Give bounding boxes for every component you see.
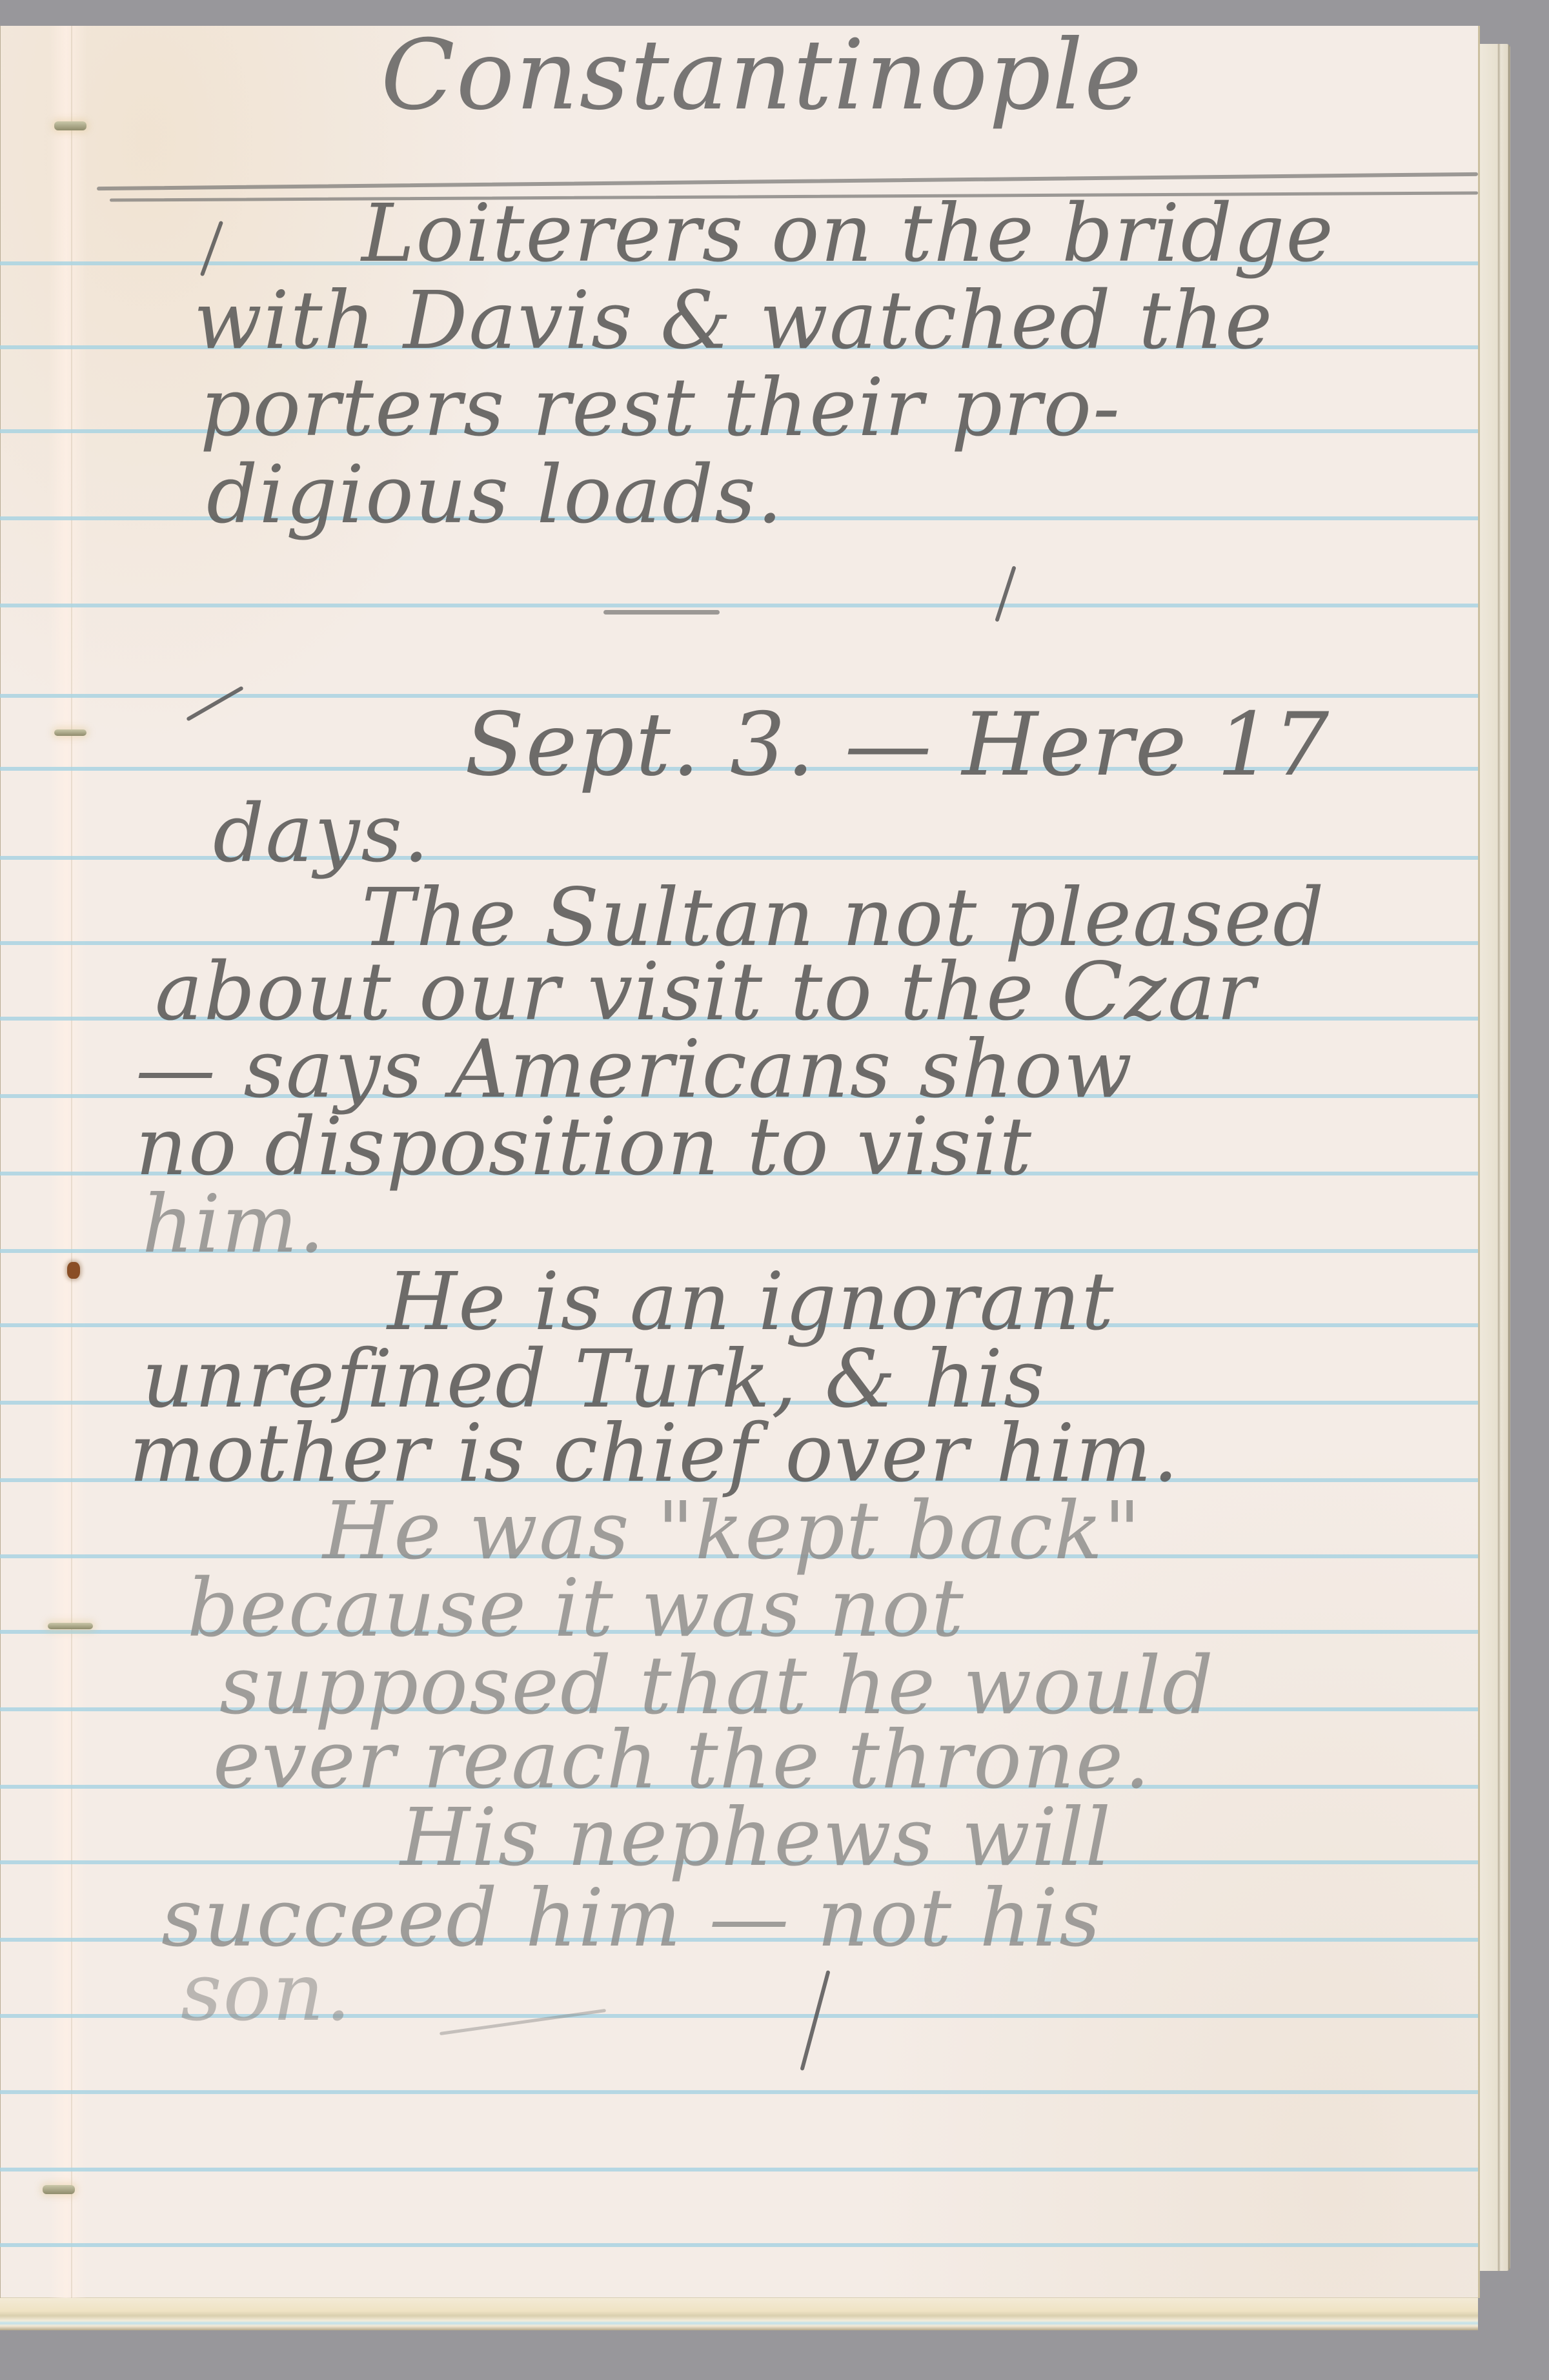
ruled-line xyxy=(0,2243,1478,2247)
section-divider xyxy=(603,610,720,615)
binding-staple xyxy=(43,2185,75,2194)
margin-tick-mark xyxy=(200,221,223,277)
ruled-line xyxy=(0,604,1478,607)
page-heading: Constantinople xyxy=(381,19,1143,132)
text-line: days. xyxy=(213,788,430,880)
divider-slash xyxy=(995,565,1017,622)
binding-staple xyxy=(48,1623,93,1629)
text-line: Loiterers on the bridge xyxy=(361,187,1335,280)
notebook-page: Constantinople Loiterers on the bridge w… xyxy=(0,26,1480,2298)
text-line: His nephews will xyxy=(400,1791,1112,1884)
entry-date-line: Sept. 3. — Here 17 xyxy=(465,694,1330,795)
binding-gutter xyxy=(48,26,87,2298)
ruled-line xyxy=(0,2090,1478,2094)
text-line: with Davis & watched the xyxy=(194,274,1273,367)
text-line: porters rest their pro- xyxy=(200,361,1121,454)
rust-stain xyxy=(67,1262,80,1279)
binding-staple xyxy=(54,121,86,130)
binding-staple xyxy=(54,729,86,736)
ruled-line xyxy=(0,2168,1478,2171)
text-line: digious loads. xyxy=(207,449,784,542)
closing-flourish xyxy=(440,2009,606,2035)
margin-tick-mark xyxy=(186,686,244,721)
text-line: him. xyxy=(142,1178,326,1271)
binding-fold xyxy=(71,26,72,2298)
notebook-lower-leaf xyxy=(0,2298,1478,2330)
closing-stroke xyxy=(800,1970,830,2071)
notebook-page-stack-edge xyxy=(1478,44,1510,2271)
text-line: son. xyxy=(181,1946,352,2039)
